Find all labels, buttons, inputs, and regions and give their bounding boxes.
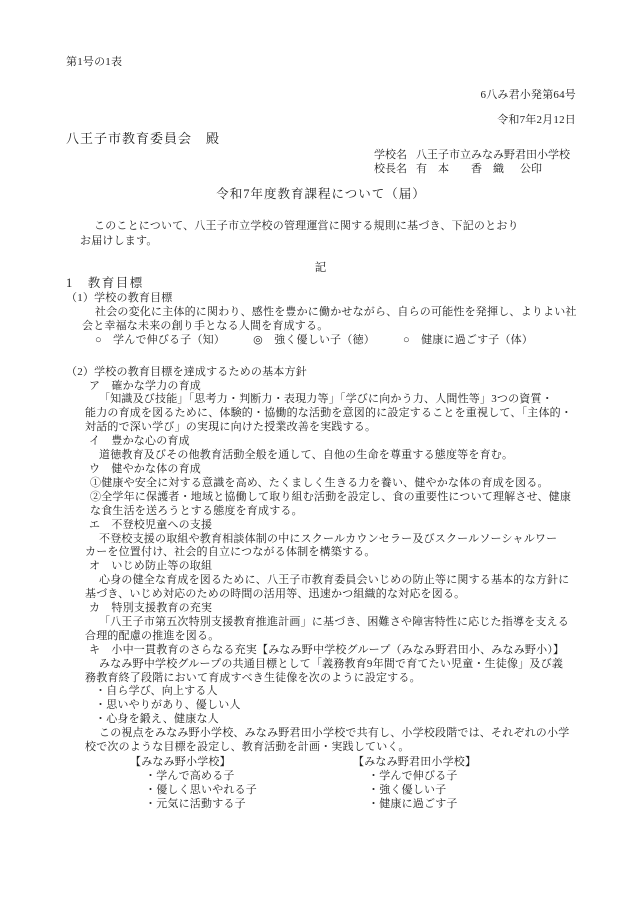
school-name-label: 学校名 <box>374 149 407 161</box>
principal-label: 校長名 <box>374 163 407 175</box>
intro-line: お届けします。 <box>66 234 576 249</box>
body-line: （1）学校の教育目標 <box>66 292 576 306</box>
blank-line <box>66 348 576 366</box>
form-label: 第1号の1表 <box>66 55 576 69</box>
body-line: ア 確かな学力の育成 <box>66 380 576 394</box>
body-line: みなみ野中学校グループの共通目標として「義務教育9年間で育てたい児童・生徒像」及… <box>66 658 576 672</box>
document-date: 令和7年2月12日 <box>66 113 576 127</box>
body-line: 校で次のような目標を設定し、教育活動を計画・実践していく。 <box>66 741 576 755</box>
body-line: ・自ら学び、向上する人 <box>66 685 576 699</box>
body-line: カ 特別支援教育の充実 <box>66 602 576 616</box>
body-line: エ 不登校児童への支援 <box>66 519 576 533</box>
minamino-kimita-elementary-column: 【みなみ野君田小学校】 ・学んで伸びる子 ・強く優しい子 ・健康に過ごす子 <box>353 756 476 812</box>
body-line: オ いじめ防止等の取組 <box>66 560 576 574</box>
body-line: 務教育終了段階において育成すべき生徒像を次のように設定する。 <box>66 672 576 686</box>
record-mark: 記 <box>66 261 576 275</box>
goal-item: ・学んで伸びる子 <box>353 770 476 784</box>
intro-line: このことについて、八王子市立学校の管理運営に関する規則に基づき、下記のとおり <box>66 219 576 234</box>
goal-item: ・健康に過ごす子 <box>353 798 476 812</box>
section-heading: 1 教育目標 <box>66 275 576 292</box>
body-line: ①健康や安全に対する意識を高め、たくましく生きる力を養い、健やかな体の育成を図る… <box>66 477 576 491</box>
body-line: （2）学校の教育目標を達成するための基本方針 <box>66 366 576 380</box>
body-line: 対話的で深い学び」の実現に向けた授業改善を実践する。 <box>66 421 576 435</box>
body-line: 「八王子市第五次特別支援教育推進計画」に基づき、困難さや障害特性に応じた指導を支… <box>66 616 576 630</box>
principal-name-value: 有 本 香 織 <box>416 163 504 175</box>
body-line: ○ 学んで伸びる子（知） ◎ 強く優しい子（徳） ○ 健康に過ごす子（体） <box>66 334 576 348</box>
school-name-value: 八王子市立みなみ野君田小学校 <box>416 149 570 161</box>
body-line: 合理的配慮の推進を図る。 <box>66 630 576 644</box>
minamino-elementary-column: 【みなみ野小学校】 ・学んで高める子 ・優しく思いやれる子 ・元気に活動する子 <box>130 756 353 812</box>
goal-item: ・優しく思いやれる子 <box>130 784 353 798</box>
goal-item: ・強く優しい子 <box>353 784 476 798</box>
body-line: キ 小中一貫教育のさらなる充実【みなみ野中学校グループ（みなみ野君田小、みなみ野… <box>66 644 576 658</box>
body-line: 基づき、いじめ対応のための時間の活用等、迅速かつ組織的な対応を図る。 <box>66 588 576 602</box>
intro-paragraph: このことについて、八王子市立学校の管理運営に関する規則に基づき、下記のとおり お… <box>66 219 576 249</box>
school-goal-columns: 【みなみ野小学校】 ・学んで高める子 ・優しく思いやれる子 ・元気に活動する子 … <box>66 756 576 812</box>
body-line: 会と幸福な未来の創り手となる人間を育成する。 <box>66 320 576 334</box>
body-line: ・心身を鍛え、健康な人 <box>66 713 576 727</box>
body-line: ウ 健やかな体の育成 <box>66 463 576 477</box>
column-header: 【みなみ野小学校】 <box>130 756 353 770</box>
document-body: 1 教育目標 （1）学校の教育目標 社会の変化に主体的に関わり、感性を豊かに働か… <box>66 275 576 755</box>
body-line: 社会の変化に主体的に関わり、感性を豊かに働かせながら、自らの可能性を発揮し、より… <box>66 306 576 320</box>
body-line: 不登校支援の取組や教育相談体制の中にスクールカウンセラー及びスクールソーシャルワ… <box>66 533 576 547</box>
column-header: 【みなみ野君田小学校】 <box>353 756 476 770</box>
document-title: 令和7年度教育課程について（届） <box>66 186 576 203</box>
body-line: な食生活を送ろうとする態度を育成する。 <box>66 505 576 519</box>
body-line: カーを位置付け、社会的自立につながる体制を構築する。 <box>66 546 576 560</box>
body-line: イ 豊かな心の育成 <box>66 435 576 449</box>
official-seal-label: 公印 <box>520 163 542 175</box>
school-name-row: 学校名八王子市立みなみ野君田小学校 <box>374 148 576 162</box>
recipient-line: 八王子市教育委員会 殿 <box>66 130 576 147</box>
principal-row: 校長名有 本 香 織公印 <box>374 162 576 176</box>
body-line: 「知識及び技能」「思考力・判断力・表現力等」「学びに向かう力、人間性等」3つの資… <box>66 393 576 407</box>
body-line: この視点をみなみ野小学校、みなみ野君田小学校で共有し、小学校段階では、それぞれの… <box>66 727 576 741</box>
goal-item: ・元気に活動する子 <box>130 798 353 812</box>
body-line: ②全学年に保護者・地域と協働して取り組む活動を設定し、食の重要性について理解させ… <box>66 491 576 505</box>
body-line: 心身の健全な育成を図るために、八王子市教育委員会いじめの防止等に関する基本的な方… <box>66 574 576 588</box>
goal-item: ・学んで高める子 <box>130 770 353 784</box>
body-line: 道徳教育及びその他教育活動全般を通して、自他の生命を尊重する態度等を育む。 <box>66 449 576 463</box>
document-number: 6八み君小発第64号 <box>66 88 576 102</box>
body-line: ・思いやりがあり、優しい人 <box>66 699 576 713</box>
document-page: 第1号の1表 6八み君小発第64号 令和7年2月12日 八王子市教育委員会 殿 … <box>0 0 640 905</box>
sender-block: 学校名八王子市立みなみ野君田小学校 校長名有 本 香 織公印 <box>374 148 576 176</box>
body-line: 能力の育成を図るために、体験的・協働的な活動を意図的に設定することを重視して、「… <box>66 407 576 421</box>
